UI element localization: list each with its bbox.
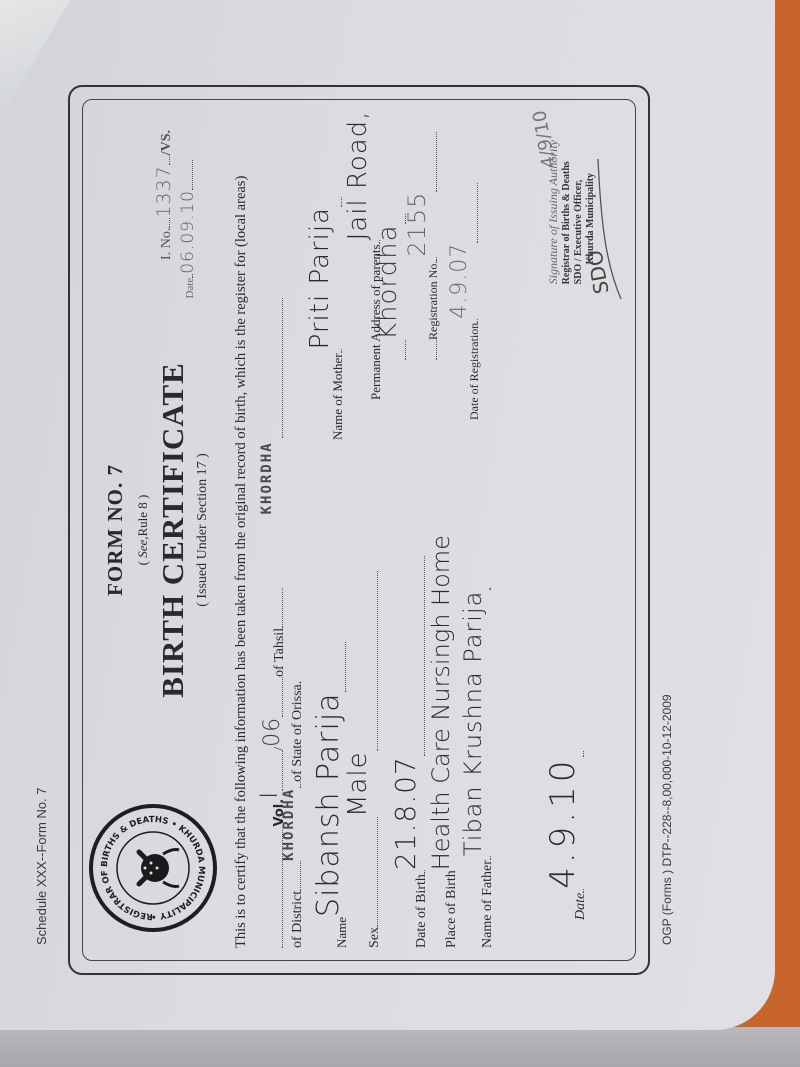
local-area-value: KHORDHA [259,441,275,514]
sex-row: SexMale [355,571,385,948]
schedule-label: Schedule XXX--Form No. 7 [34,787,49,945]
registration-date-value: 4.9.07 [447,243,472,319]
district-label: of District [290,891,305,948]
background-bottom [0,1027,800,1067]
district-row: of DistrictKHORDHAof State of Orissa. [289,681,306,948]
registration-date-label: Date of Registration [467,323,481,420]
vol-page-value: 06 [260,717,285,747]
sex-value: Male [343,751,373,817]
dob-label: Date of Birth [414,874,429,948]
certify-statement: This is to certify that the following in… [233,176,250,948]
name-label: Name [334,917,349,948]
name-value: Sibansh Parija [311,692,346,917]
registration-no-row: Registration No.2155 [415,132,443,360]
see-rule-italic: See [135,540,150,558]
address-line2-value: Khordha [373,224,403,340]
issue-date: Date06.09.10 [178,160,198,298]
address-line1-value: Jail Road, [343,111,373,241]
place-of-birth-value: Health Care Nursingh Home [427,535,455,870]
issue-date-row: Date4.9.10 [553,751,593,920]
form-number-heading: FORM NO. 7 [103,100,128,960]
issue-number: I. No.1337/VS. [153,130,175,260]
see-rule-note: ( See,Rule 8 ) [135,100,151,960]
issue-number-value: 1337 [153,165,175,217]
issue-date-value: 06.09.10 [178,190,198,274]
state-label: of State of Orissa. [290,681,305,782]
inner-border: REGISTRAR OF BIRTHS & DEATHS • KHURDA MU… [82,99,636,961]
father-value: Tiban Krushna Parija [459,591,487,856]
birth-certificate-document: Schedule XXX--Form No. 7 REGISTRAR OF BI… [28,85,668,1015]
outer-border: REGISTRAR OF BIRTHS & DEATHS • KHURDA MU… [68,85,650,975]
dob-value: 21.8.07 [389,756,422,870]
issue-date-label: Date [184,278,196,299]
issue-number-label: I. No. [159,228,174,260]
signature-stroke [596,154,626,304]
vol-value: I [255,791,283,799]
place-of-birth-row: Place of BirthHealth Care Nursingh Home [433,535,461,948]
see-rule-suffix: ,Rule 8 ) [135,495,150,540]
father-label: Name of Father [480,860,495,948]
printer-footer: OGP (Forms ) DTP--228--8,00,000-10-12-20… [660,694,674,945]
tahsil-label: of Tahsil [272,628,287,677]
registration-no-value: 2155 [403,192,431,257]
mother-value: Priti Parija [305,207,335,349]
registration-date-row: Date of Registration4.9.07 [459,183,484,420]
signature-stamp-line1: Registrar of Births & Deaths [561,140,573,284]
see-rule-prefix: ( [135,558,150,566]
place-of-birth-label: Place of Birth [444,870,459,948]
date-value: 4.9.10 [543,757,583,889]
signature-block: Signature of Issuing Authority Registrar… [546,140,597,284]
signature-handwritten-date: 4/9/10 [529,109,560,170]
date-label: Date [573,893,588,920]
father-row: Name of FatherTiban Krushna Parija. [469,587,497,948]
issue-number-suffix: /VS. [159,130,174,155]
mother-label: Name of Mother [330,353,345,440]
district-value: KHORDHA [281,788,297,861]
registration-no-label: Registration No. [426,261,440,340]
sex-label: Sex [367,927,382,948]
